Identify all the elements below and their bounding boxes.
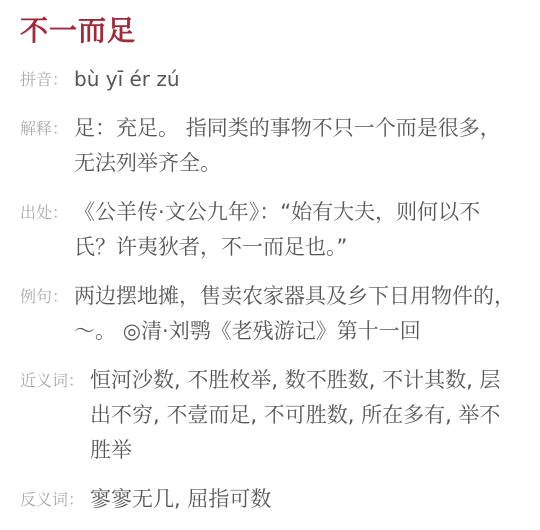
source-label: 出处： — [20, 195, 68, 230]
source-text: 《公羊传·文公九年》：“始有大夫，则何以不氏？许夷狄者，不一而足也。” — [74, 195, 518, 265]
section-source: 出处： 《公羊传·文公九年》：“始有大夫，则何以不氏？许夷狄者，不一而足也。” — [20, 195, 518, 265]
entry-title: 不一而足 — [20, 14, 518, 48]
synonyms-label: 近义词： — [20, 363, 84, 398]
definition-label: 解释： — [20, 111, 68, 146]
antonyms-text: 寥寥无几, 屈指可数 — [90, 482, 518, 517]
antonyms-label: 反义词： — [20, 482, 84, 517]
definition-text: 足：充足。 指同类的事物不只一个而是很多，无法列举齐全。 — [74, 111, 518, 181]
section-synonyms: 近义词： 恒河沙数, 不胜枚举, 数不胜数, 不计其数, 层出不穷, 不壹而足,… — [20, 363, 518, 468]
example-text: 两边摆地摊，售卖农家器具及乡下日用物件的，～。 ◎清·刘鹗《老残游记》第十一回 — [74, 279, 518, 349]
example-label: 例句： — [20, 279, 68, 314]
section-antonyms: 反义词： 寥寥无几, 屈指可数 — [20, 482, 518, 517]
section-definition: 解释： 足：充足。 指同类的事物不只一个而是很多，无法列举齐全。 — [20, 111, 518, 181]
pinyin-value: bù yī ér zú — [74, 62, 518, 97]
synonyms-text: 恒河沙数, 不胜枚举, 数不胜数, 不计其数, 层出不穷, 不壹而足, 不可胜数… — [90, 363, 518, 468]
dictionary-entry-page: 不一而足 拼音： bù yī ér zú 解释： 足：充足。 指同类的事物不只一… — [0, 0, 540, 530]
section-example: 例句： 两边摆地摊，售卖农家器具及乡下日用物件的，～。 ◎清·刘鹗《老残游记》第… — [20, 279, 518, 349]
pinyin-label: 拼音： — [20, 62, 68, 97]
section-pinyin: 拼音： bù yī ér zú — [20, 62, 518, 97]
